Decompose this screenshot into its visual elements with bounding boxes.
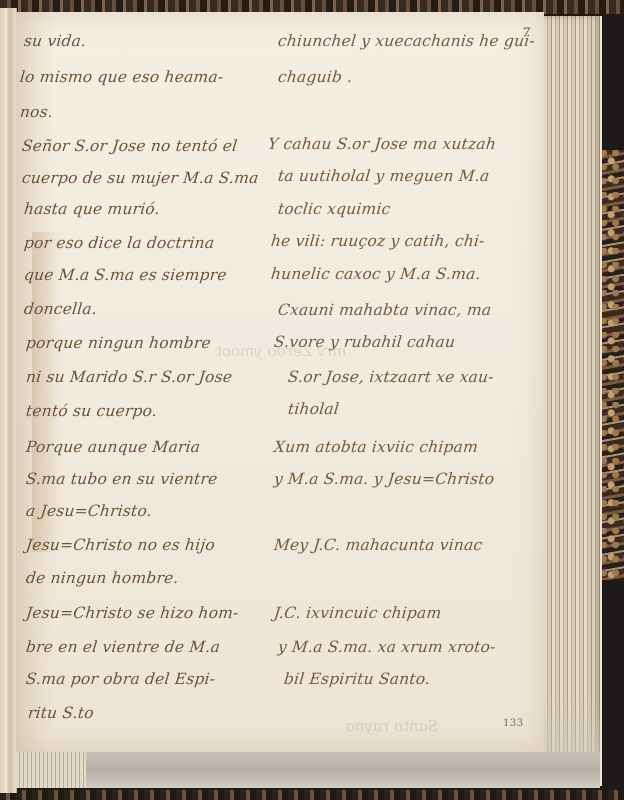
mayan-line: ta uutiholal y meguen M.a [277,167,490,185]
mayan-line: Xum atobta ixviic chipam [273,438,479,456]
spanish-line: S.ma tubo en su vientre [25,470,218,488]
mayan-line: tiholal [287,400,340,418]
spanish-line: Porque aunque Maria [25,438,201,456]
mayan-line: Mey J.C. mahacunta vinac [273,536,483,554]
mayan-line: y M.a S.ma. xa xrum xroto- [277,638,496,656]
spanish-line: tentó su cuerpo. [25,402,158,420]
manuscript-page: Santo rayno mrv Zeroo ymoot 7 133 su vid… [16,12,544,752]
spanish-line: porque ningun hombre [25,334,212,352]
spanish-line: hasta que murió. [23,200,161,218]
spanish-line: doncella. [23,300,98,318]
spanish-line: a Jesu=Christo. [25,502,153,520]
mayan-line: S.or Jose, ixtzaart xe xau- [287,368,495,386]
page-fore-edge [544,16,602,786]
spanish-line: cuerpo de su mujer M.a S.ma [21,169,260,187]
spanish-line: Jesu=Christo no es hijo [25,536,216,554]
spanish-line: que M.a S.ma es siempre [23,266,228,284]
mayan-line: hunelic caxoc y M.a S.ma. [270,265,482,283]
mayan-line: toclic xquimic [277,200,391,218]
mayan-line: he vili: ruuçoz y catih, chi- [270,232,486,250]
spanish-line: lo mismo que eso heama- [19,68,224,86]
spanish-line: ni su Marido S.r S.or Jose [25,368,233,386]
mayan-line: Cxauni mahabta vinac, ma [277,301,492,319]
mayan-line: J.C. ixvincuic chipam [273,604,442,622]
mayan-line: chaguib . [277,68,353,86]
page-stack-bottom [16,752,600,788]
spanish-line: ritu S.to [27,704,95,722]
binding-gutter [0,8,17,793]
spanish-line: de ningun hombre. [25,569,180,587]
spanish-line: su vida. [23,32,87,50]
mayan-line: y M.a S.ma. y Jesu=Christo [273,470,495,488]
spanish-line: Señor S.or Jose no tentó el [21,137,238,155]
spanish-line: por eso dice la doctrina [23,234,215,252]
spanish-line: bre en el vientre de M.a [25,638,221,656]
page-number-stamp: 133 [503,718,524,729]
spanish-line: nos. [19,103,54,121]
mayan-line: bil Espiritu Santo. [283,670,431,688]
spanish-line: S.ma por obra del Espi- [25,670,216,688]
mayan-line: chiunchel y xuecachanis he gui- [277,32,536,50]
book-cover-bottom-edge [0,790,624,800]
spanish-line: Jesu=Christo se hizo hom- [25,604,240,622]
mayan-line: Y cahau S.or Jose ma xutzah [267,135,497,153]
marbled-cover-edge [600,150,624,580]
mayan-line: S.vore y rubahil cahau [273,333,456,351]
bleed-through-text: Santo rayno [345,717,439,735]
